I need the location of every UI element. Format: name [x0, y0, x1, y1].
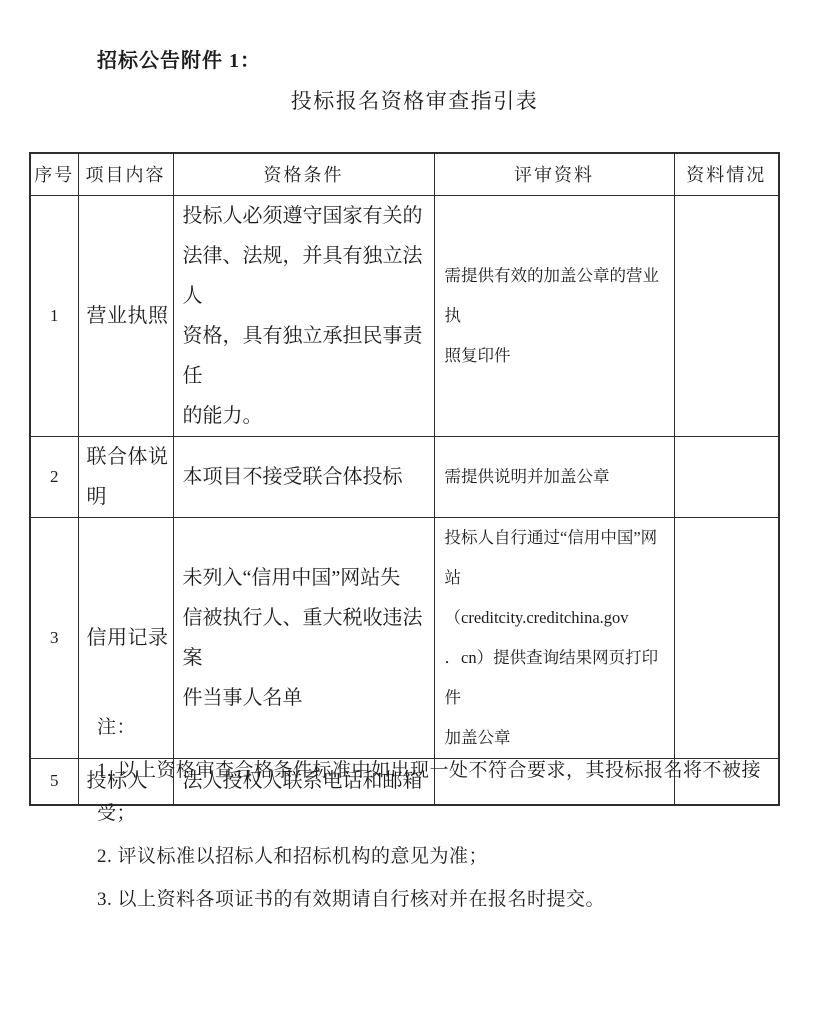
row-number-cell: 3 — [30, 517, 78, 758]
item-name-cell: 营业执照 — [78, 195, 173, 436]
material-status-cell — [674, 436, 779, 517]
notes-label: 注： — [97, 706, 761, 749]
page-title: 投标报名资格审查指引表 — [0, 85, 829, 115]
header-qualification: 资格条件 — [173, 153, 434, 195]
review-material-cell: 需提供有效的加盖公章的营业执 照复印件 — [434, 195, 674, 436]
note-line: 3. 以上资料各项证书的有效期请自行核对并在报名时提交。 — [97, 878, 761, 921]
review-material-cell: 需提供说明并加盖公章 — [434, 436, 674, 517]
table-row: 2 联合体说 明 本项目不接受联合体投标 需提供说明并加盖公章 — [30, 436, 779, 517]
table-row: 1 营业执照 投标人必须遵守国家有关的 法律、法规，并具有独立法人 资格，具有独… — [30, 195, 779, 436]
header-seq-no: 序号 — [30, 153, 78, 195]
note-line: 2. 评议标准以招标人和招标机构的意见为准； — [97, 835, 761, 878]
qualification-cell: 投标人必须遵守国家有关的 法律、法规，并具有独立法人 资格，具有独立承担民事责任… — [173, 195, 434, 436]
header-item-content: 项目内容 — [78, 153, 173, 195]
notes-section: 注： 1. 以上资格审查合格条件标准中如出现一处不符合要求，其投标报名将不被接 … — [97, 706, 761, 921]
row-number-cell: 2 — [30, 436, 78, 517]
material-status-cell — [674, 195, 779, 436]
document-page: { "page": { "attachment_heading": "招标公告附… — [0, 0, 829, 1010]
row-number-cell: 5 — [30, 758, 78, 805]
note-line: 受； — [97, 792, 761, 835]
table-header-row: 序号 项目内容 资格条件 评审资料 资料情况 — [30, 153, 779, 195]
qualification-cell: 本项目不接受联合体投标 — [173, 436, 434, 517]
header-material-status: 资料情况 — [674, 153, 779, 195]
row-number-cell: 1 — [30, 195, 78, 436]
header-review-material: 评审资料 — [434, 153, 674, 195]
item-name-cell: 联合体说 明 — [78, 436, 173, 517]
attachment-heading: 招标公告附件 1： — [97, 44, 261, 73]
note-line: 1. 以上资格审查合格条件标准中如出现一处不符合要求，其投标报名将不被接 — [97, 749, 761, 792]
